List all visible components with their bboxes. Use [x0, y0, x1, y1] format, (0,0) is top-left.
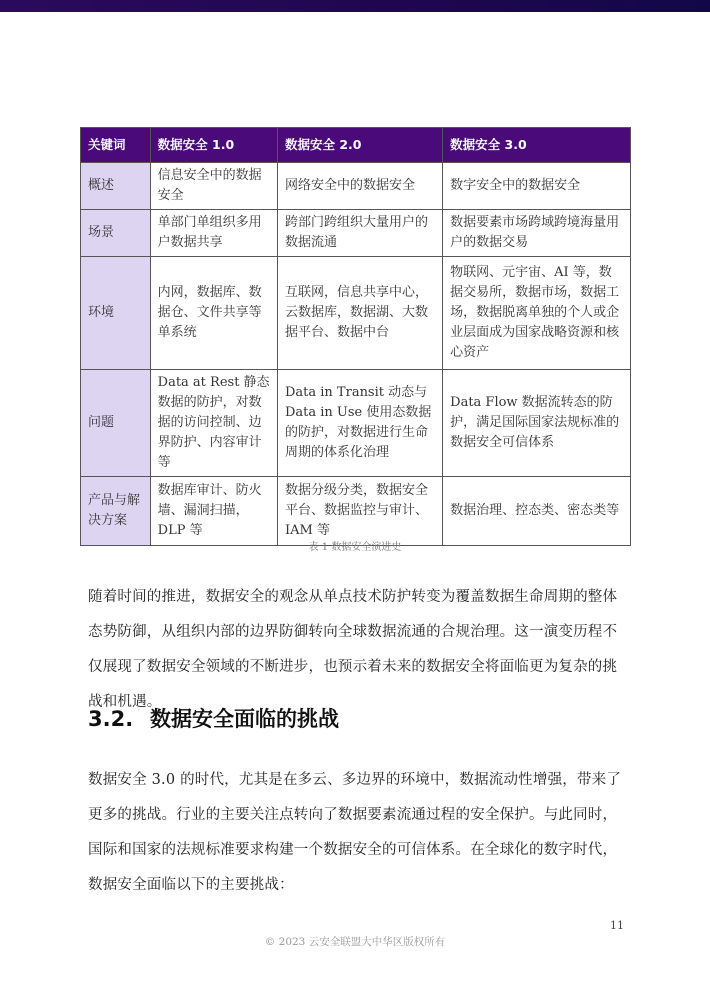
cell-v3: 物联网、元宇宙、AI 等，数据交易所，数据市场，数据工场，数据脱离单独的个人或企…: [443, 257, 631, 370]
table-row: 场景 单部门单组织多用户数据共享 跨部门跨组织大量用户的数据流通 数据要素市场跨…: [81, 210, 631, 257]
cell-v2: 数据分级分类，数据安全平台、数据监控与审计、IAM 等: [277, 477, 442, 546]
cell-v2: 跨部门跨组织大量用户的数据流通: [277, 210, 442, 257]
section-heading: 3.2.数据安全面临的挑战: [88, 703, 339, 733]
cell-v1: Data at Rest 静态数据的防护，对数据的访问控制、边界防护、内容审计等: [150, 370, 277, 477]
header-ds-3: 数据安全 3.0: [443, 128, 631, 163]
table-row: 问题 Data at Rest 静态数据的防护，对数据的访问控制、边界防护、内容…: [81, 370, 631, 477]
cell-v3: 数据要素市场跨域跨境海量用户的数据交易: [443, 210, 631, 257]
cell-v1: 信息安全中的数据安全: [150, 163, 277, 210]
cell-v1: 数据库审计、防火墙、漏洞扫描，DLP 等: [150, 477, 277, 546]
page-number: 11: [610, 919, 624, 932]
body-paragraph: 随着时间的推进，数据安全的观念从单点技术防护转变为覆盖数据生命周期的整体态势防御…: [88, 580, 628, 720]
cell-v2: 互联网，信息共享中心，云数据库，数据湖、大数据平台、数据中台: [277, 257, 442, 370]
table-header-row: 关键词 数据安全 1.0 数据安全 2.0 数据安全 3.0: [81, 128, 631, 163]
section-number: 3.2.: [88, 707, 150, 731]
row-key: 产品与解决方案: [81, 477, 151, 546]
cell-v3: 数字安全中的数据安全: [443, 163, 631, 210]
header-bar: [0, 0, 710, 12]
header-ds-1: 数据安全 1.0: [150, 128, 277, 163]
row-key: 概述: [81, 163, 151, 210]
table-row: 环境 内网，数据库、数据仓、文件共享等单系统 互联网，信息共享中心，云数据库，数…: [81, 257, 631, 370]
copyright-footer: © 2023 云安全联盟大中华区版权所有: [0, 934, 710, 949]
table-row: 概述 信息安全中的数据安全 网络安全中的数据安全 数字安全中的数据安全: [81, 163, 631, 210]
table-row: 产品与解决方案 数据库审计、防火墙、漏洞扫描，DLP 等 数据分级分类，数据安全…: [81, 477, 631, 546]
cell-v2: 网络安全中的数据安全: [277, 163, 442, 210]
row-key: 场景: [81, 210, 151, 257]
cell-v3: Data Flow 数据流转态的防护，满足国际国家法规标准的数据安全可信体系: [443, 370, 631, 477]
data-security-evolution-table: 关键词 数据安全 1.0 数据安全 2.0 数据安全 3.0 概述 信息安全中的…: [80, 127, 631, 546]
body-paragraph: 数据安全 3.0 的时代，尤其是在多云、多边界的环境中，数据流动性增强，带来了更…: [88, 763, 628, 903]
cell-v2: Data in Transit 动态与 Data in Use 使用态数据的防护…: [277, 370, 442, 477]
cell-v1: 单部门单组织多用户数据共享: [150, 210, 277, 257]
table-caption: 表 1 数据安全演进史: [0, 538, 710, 553]
section-title: 数据安全面临的挑战: [150, 707, 339, 731]
cell-v3: 数据治理、控态类、密态类等: [443, 477, 631, 546]
row-key: 环境: [81, 257, 151, 370]
row-key: 问题: [81, 370, 151, 477]
cell-v1: 内网，数据库、数据仓、文件共享等单系统: [150, 257, 277, 370]
header-ds-2: 数据安全 2.0: [277, 128, 442, 163]
header-keyword: 关键词: [81, 128, 151, 163]
